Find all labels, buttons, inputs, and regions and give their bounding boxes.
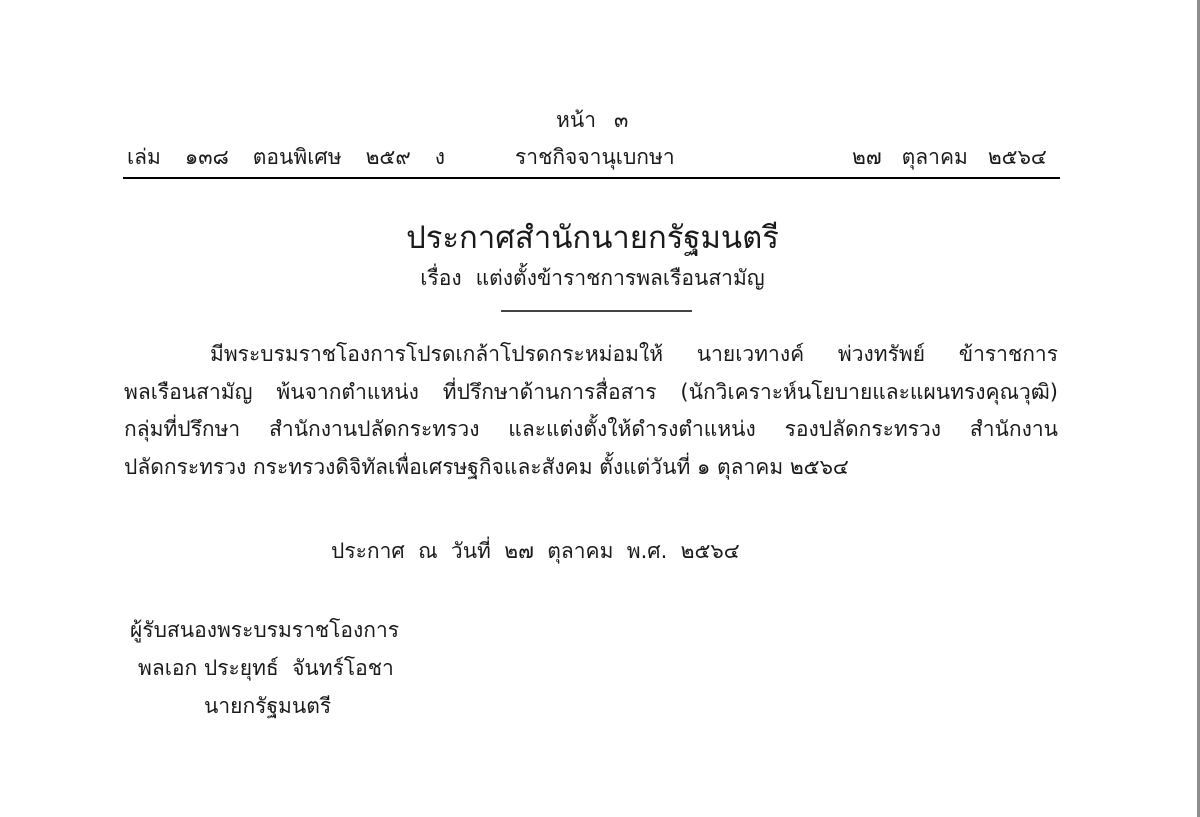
- section-label: ตอนพิเศษ: [253, 145, 342, 169]
- date-month: ตุลาคม: [902, 145, 968, 169]
- publication-name: ราชกิจจานุเบกษา: [515, 141, 675, 174]
- signature-position: นายกรัฐมนตรี: [204, 690, 331, 723]
- subject-text: แต่งตั้งข้าราชการพลเรือนสามัญ: [476, 266, 765, 290]
- title-divider: [501, 310, 692, 312]
- body-line: มีพระบรมราชโองการโปรดเกล้าโปรดกระหม่อมให…: [124, 336, 1058, 374]
- signature-name: พลเอก ประยุทธ์ จันทร์โอชา: [138, 652, 394, 685]
- gazette-volume-info: เล่ม๑๓๘ตอนพิเศษ๒๕๙ง: [127, 141, 469, 174]
- volume-label: เล่ม: [127, 145, 161, 169]
- body-line: พลเรือนสามัญ พ้นจากตำแหน่ง ที่ปรึกษาด้าน…: [124, 374, 1058, 412]
- page-label: หน้า: [556, 108, 596, 132]
- date-year: ๒๕๖๔: [988, 145, 1047, 169]
- publication-date: ๒๗ตุลาคม๒๕๖๔: [852, 141, 1047, 174]
- body-line: ปลัดกระทรวง กระทรวงดิจิทัลเพื่อเศรษฐกิจแ…: [124, 449, 1058, 487]
- date-day: ๒๗: [852, 145, 882, 169]
- subject-label: เรื่อง: [420, 266, 461, 290]
- body-line: กลุ่มที่ปรึกษา สำนักงานปลัดกระทรวง และแต…: [124, 411, 1058, 449]
- document-title: ประกาศสำนักนายกรัฐมนตรี: [0, 212, 1185, 262]
- gazette-page: หน้า๓ เล่ม๑๓๘ตอนพิเศษ๒๕๙ง ราชกิจจานุเบกษ…: [0, 0, 1198, 817]
- page-number-value: ๓: [614, 108, 628, 132]
- section-letter: ง: [435, 145, 445, 169]
- page-number: หน้า๓: [556, 104, 628, 137]
- header-divider: [123, 177, 1060, 179]
- section-number: ๒๕๙: [366, 145, 411, 169]
- announcement-date: ประกาศ ณ วันที่ ๒๗ ตุลาคม พ.ศ. ๒๕๖๔: [331, 535, 740, 568]
- volume-number: ๑๓๘: [185, 145, 229, 169]
- body-paragraph: มีพระบรมราชโองการโปรดเกล้าโปรดกระหม่อมให…: [124, 336, 1058, 486]
- document-subject: เรื่องแต่งตั้งข้าราชการพลเรือนสามัญ: [0, 262, 1185, 295]
- signature-countersign: ผู้รับสนองพระบรมราชโองการ: [130, 614, 399, 647]
